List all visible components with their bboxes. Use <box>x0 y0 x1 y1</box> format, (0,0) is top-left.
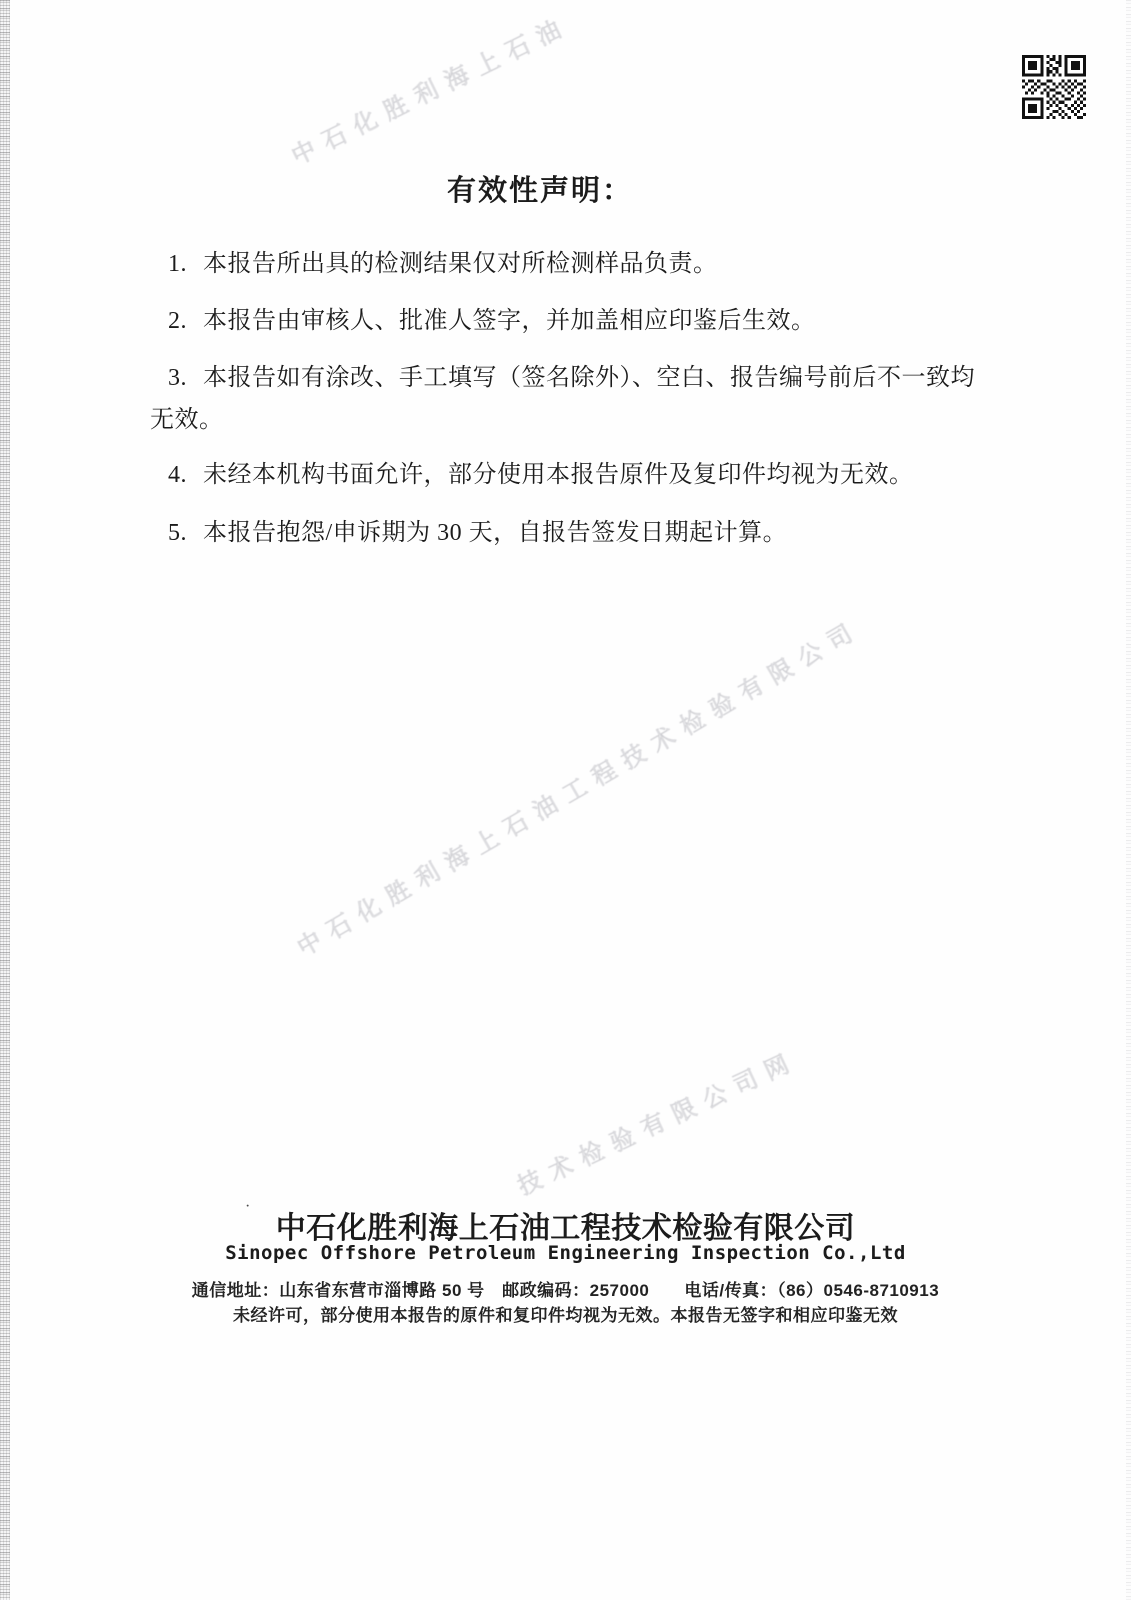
statement-item-4: 4.未经本机构书面允许，部分使用本报告原件及复印件均视为无效。 <box>168 454 914 489</box>
company-name-chinese: 中石化胜利海上石油工程技术检验有限公司 <box>0 1203 1131 1247</box>
diagonal-watermark: 中石化胜利海上石油工程技术检验有限公司 <box>289 609 866 962</box>
statement-text: 本报告如有涂改、手工填写（签名除外）、空白、报告编号前后不一致均 <box>203 365 975 391</box>
footer-notice-line: 未经许可，部分使用本报告的原件和复印件均视为无效。本报告无签字和相应印鉴无效 <box>0 1301 1131 1326</box>
company-name-english: Sinopec Offshore Petroleum Engineering I… <box>0 1242 1131 1264</box>
statement-item-2: 2.本报告由审核人、批准人签字，并加盖相应印鉴后生效。 <box>168 300 816 335</box>
statement-number: 1. <box>168 251 187 278</box>
statement-text: 本报告所出具的检测结果仅对所检测样品负责。 <box>203 251 718 277</box>
qr-code-icon <box>1022 55 1086 119</box>
diagonal-watermark: 技术检验有限公司网 <box>511 1040 803 1201</box>
statement-number: 2. <box>168 308 187 335</box>
scan-edge-artifact-left <box>0 0 10 1600</box>
statement-text: 本报告由审核人、批准人签字，并加盖相应印鉴后生效。 <box>203 308 816 334</box>
statement-item-5: 5.本报告抱怨/申诉期为 30 天，自报告签发日期起计算。 <box>168 512 787 547</box>
statement-text: 本报告抱怨/申诉期为 30 天，自报告签发日期起计算。 <box>203 520 787 546</box>
statement-text: 未经本机构书面允许，部分使用本报告原件及复印件均视为无效。 <box>203 462 914 488</box>
company-contact-line: 通信地址：山东省东营市淄博路 50 号 邮政编码：257000 电话/传真：（8… <box>0 1276 1131 1301</box>
statement-number: 4. <box>168 462 187 489</box>
statement-item-3: 3.本报告如有涂改、手工填写（签名除外）、空白、报告编号前后不一致均 <box>168 357 975 392</box>
diagonal-watermark: 中石化胜利海上石油 <box>284 6 574 172</box>
scan-edge-artifact-right <box>1126 0 1131 1600</box>
statement-item-1: 1.本报告所出具的检测结果仅对所检测样品负责。 <box>168 243 718 278</box>
document-page: 中石化胜利海上石油 中石化胜利海上石油工程技术检验有限公司 技术检验有限公司网 <box>0 0 1131 1600</box>
statement-number: 3. <box>168 365 187 392</box>
statement-item-3-continuation: 无效。 <box>150 399 224 434</box>
page-title: 有效性声明： <box>0 168 1080 209</box>
statement-number: 5. <box>168 520 187 547</box>
